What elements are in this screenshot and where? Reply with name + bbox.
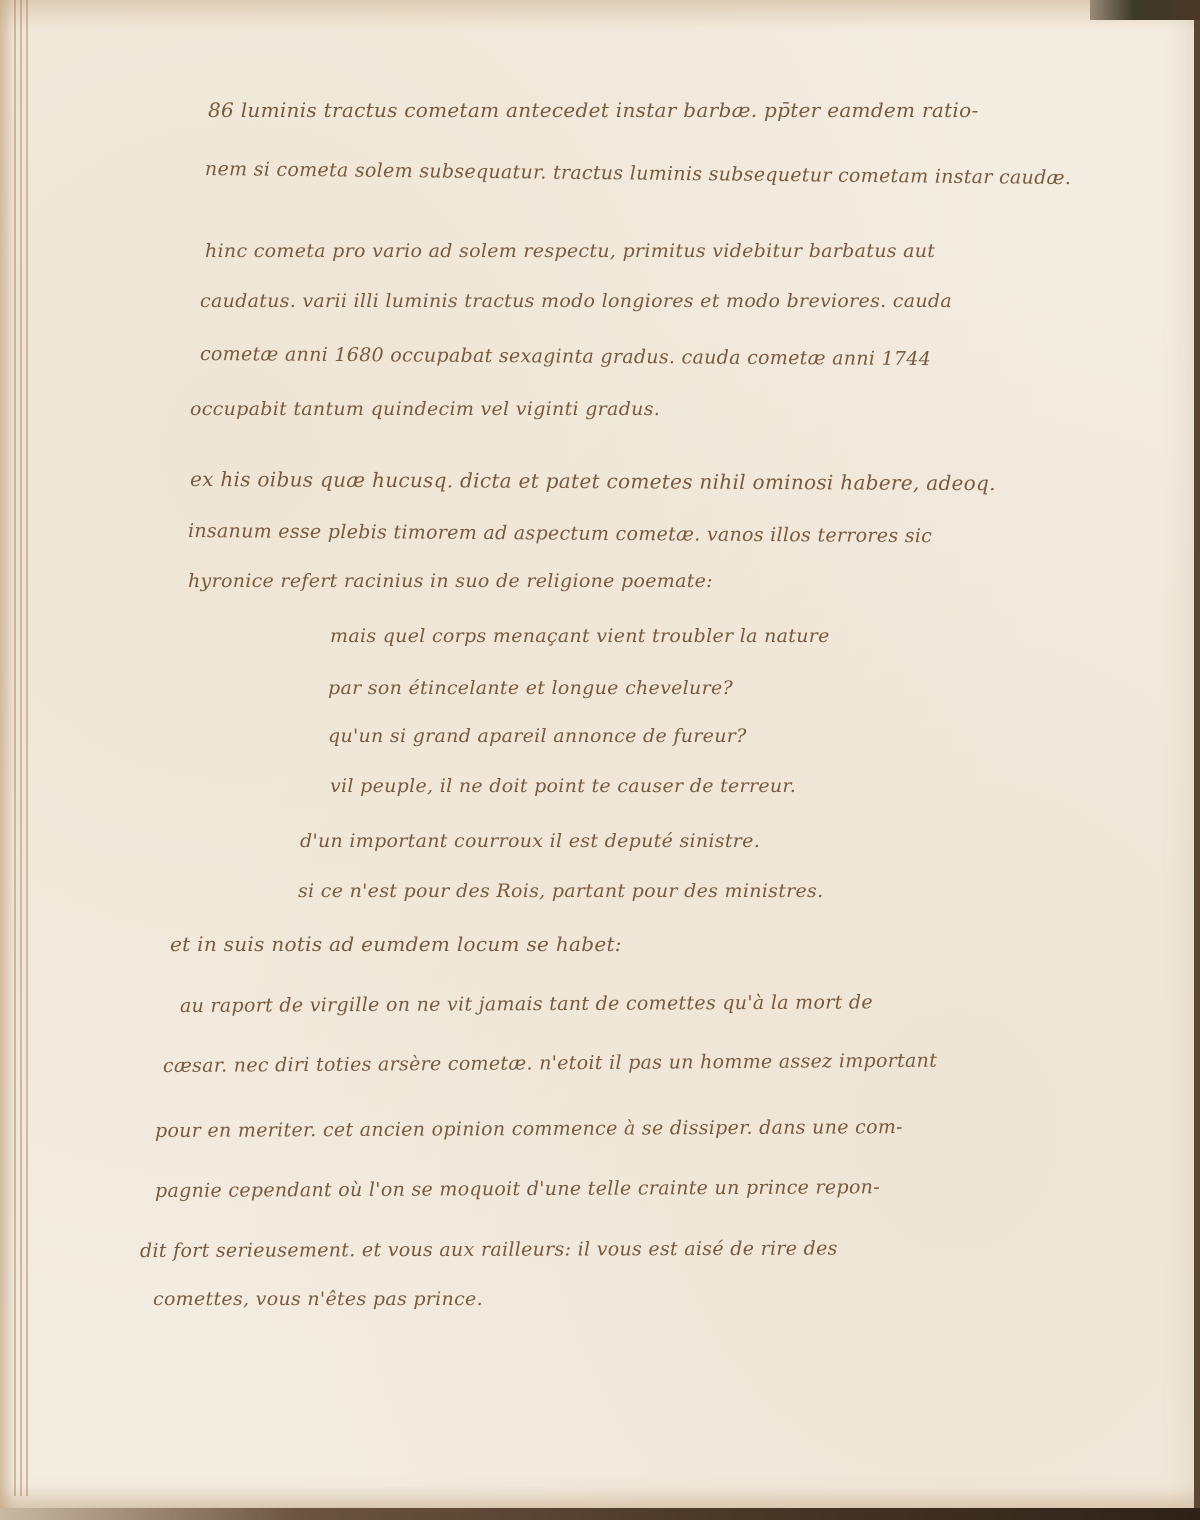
manuscript-page: 86 luminis tractus cometam antecedet ins… xyxy=(0,0,1194,1508)
verse-line: qu'un si grand apareil annonce de fureur… xyxy=(328,725,747,747)
margin-rule xyxy=(14,0,16,1496)
book-edge-top xyxy=(1090,0,1200,20)
text-line: cæsar. nec diri toties arsère cometæ. n'… xyxy=(163,1050,937,1077)
verse-line: d'un important courroux il est deputé si… xyxy=(300,830,760,852)
book-edge-right xyxy=(1194,20,1200,1520)
margin-rule xyxy=(26,0,28,1496)
text-line: et in suis notis ad eumdem locum se habe… xyxy=(170,932,622,956)
margin-rule xyxy=(20,0,22,1496)
text-line: nem si cometa solem subsequatur. tractus… xyxy=(205,158,1071,189)
text-line: dit fort serieusement. et vous aux raill… xyxy=(140,1238,838,1262)
text-line: comettes, vous n'êtes pas prince. xyxy=(153,1288,483,1310)
text-line: 86 luminis tractus cometam antecedet ins… xyxy=(208,98,1108,122)
text-line: hyronice refert racinius in suo de relig… xyxy=(188,570,713,592)
verse-line: par son étincelante et longue chevelure? xyxy=(328,677,733,699)
text-line: ex his oibus quæ hucusq. dicta et patet … xyxy=(190,467,996,495)
book-edge-bottom xyxy=(0,1508,1200,1520)
verse-line: mais quel corps menaçant vient troubler … xyxy=(330,625,830,647)
verse-line: vil peuple, il ne doit point te causer d… xyxy=(330,775,796,797)
text-line: pour en meriter. cet ancien opinion comm… xyxy=(155,1116,903,1142)
text-line: pagnie cependant où l'on se moquoit d'un… xyxy=(155,1176,880,1202)
verse-line: si ce n'est pour des Rois, partant pour … xyxy=(298,880,823,902)
text-line: hinc cometa pro vario ad solem respectu,… xyxy=(205,240,935,262)
text-line: caudatus. varii illi luminis tractus mod… xyxy=(200,290,952,312)
text-line: insanum esse plebis timorem ad aspectum … xyxy=(188,520,932,547)
text-line: occupabit tantum quindecim vel viginti g… xyxy=(190,398,660,420)
binding-gutter xyxy=(0,0,14,1508)
text-line: cometæ anni 1680 occupabat sexaginta gra… xyxy=(200,343,931,370)
text-line: au raport de virgille on ne vit jamais t… xyxy=(180,991,873,1017)
